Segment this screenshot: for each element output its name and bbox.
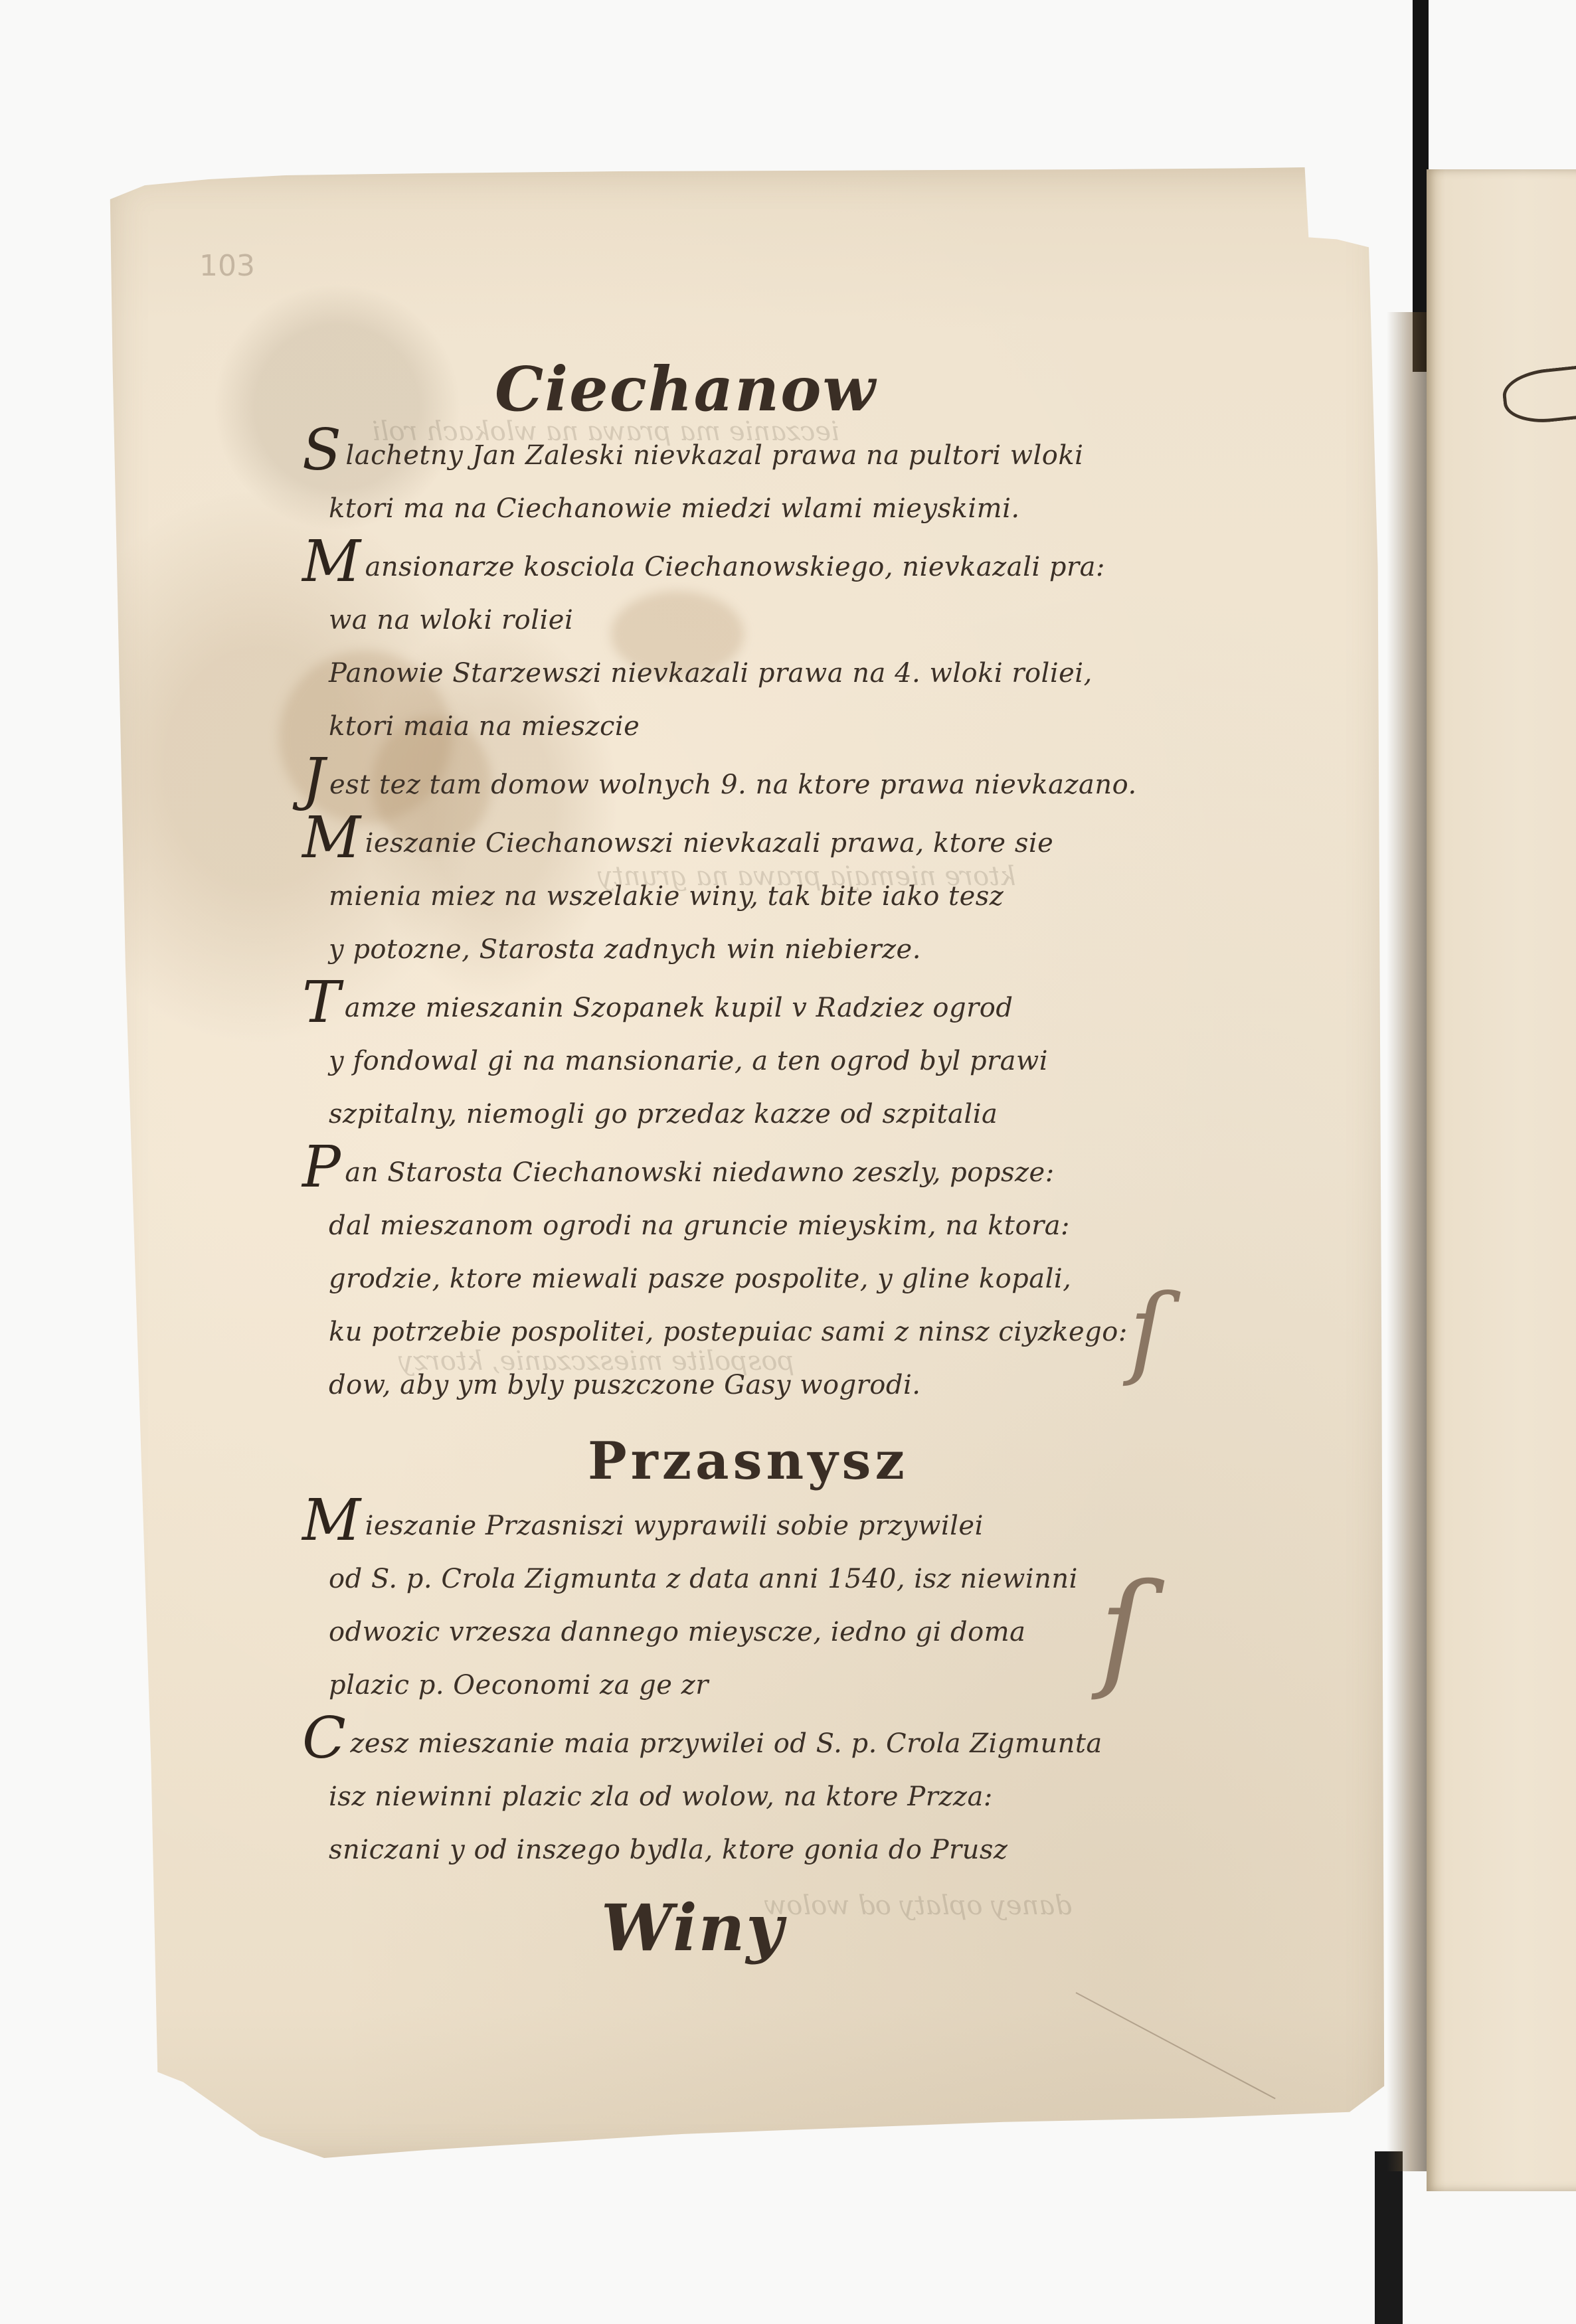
text-line: y fondowal gi na mansionarie, a ten ogro… xyxy=(302,1035,1245,1088)
initial-letter: M xyxy=(302,529,361,595)
text-line: Mansionarze kosciola Ciechanowskiego, ni… xyxy=(302,535,1245,594)
text-line: grodzie, ktore miewali pasze pospolite, … xyxy=(302,1252,1245,1305)
text-line: ktori maia na mieszcie xyxy=(302,700,1245,753)
text-line: mienia miez na wszelakie winy, tak bite … xyxy=(302,870,1245,923)
text-line: dow, aby ym byly puszczone Gasy wogrodi. xyxy=(302,1359,1245,1412)
text-line: Czesz mieszanie maia przywilei od S. p. … xyxy=(302,1712,1245,1770)
line-text: ansionarze kosciola Ciechanowskiego, nie… xyxy=(365,552,1105,582)
gutter-shadow xyxy=(1387,312,1427,2171)
initial-letter: S xyxy=(302,417,341,483)
section-heading-ciechanow: Ciechanow xyxy=(302,359,1245,420)
text-line: Pan Starosta Ciechanowski niedawno zeszl… xyxy=(302,1141,1245,1199)
line-text: mienia miez na wszelakie winy, tak bite … xyxy=(329,881,1004,912)
text-line: Tamze mieszanin Szopanek kupil v Radziez… xyxy=(302,976,1245,1035)
line-text: grodzie, ktore miewali pasze pospolite, … xyxy=(329,1264,1071,1294)
line-text: est tez tam domow wolnych 9. na ktore pr… xyxy=(329,770,1137,800)
line-text: y potozne, Starosta zadnych win niebierz… xyxy=(329,934,921,965)
line-text: sniczani y od inszego bydla, ktore gonia… xyxy=(329,1835,1008,1865)
next-leaf-edge xyxy=(1427,169,1576,2191)
text-line: wa na wloki roliei xyxy=(302,594,1245,647)
text-line: od S. p. Crola Zigmunta z data anni 1540… xyxy=(302,1552,1245,1606)
line-text: ktori ma na Ciechanowie miedzi wlami mie… xyxy=(329,493,1020,524)
line-text: y fondowal gi na mansionarie, a ten ogro… xyxy=(329,1046,1048,1076)
text-line: y potozne, Starosta zadnych win niebierz… xyxy=(302,923,1245,976)
line-text: od S. p. Crola Zigmunta z data anni 1540… xyxy=(329,1564,1078,1594)
text-line: dal mieszanom ogrodi na gruncie mieyskim… xyxy=(302,1199,1245,1252)
initial-letter: C xyxy=(302,1705,346,1772)
line-text: szpitalny, niemogli go przedaz kazze od … xyxy=(329,1099,998,1129)
text-line: Mieszanie Przasniszi wyprawili sobie prz… xyxy=(302,1494,1245,1552)
folio-number: 103 xyxy=(199,249,255,283)
initial-letter: M xyxy=(302,1487,361,1554)
text-line: Slachetny Jan Zaleski nievkazal prawa na… xyxy=(302,424,1245,482)
line-text: ku potrzebie pospolitei, postepuiac sami… xyxy=(329,1317,1128,1347)
text-line: Jest tez tam domow wolnych 9. na ktore p… xyxy=(302,753,1245,811)
line-text: zesz mieszanie maia przywilei od S. p. C… xyxy=(350,1728,1102,1759)
binding-tape-bottom xyxy=(1375,2151,1403,2324)
line-text: odwozic vrzesza dannego mieyscze, iedno … xyxy=(329,1617,1025,1647)
text-line: Mieszanie Ciechanowszi nievkazali prawa,… xyxy=(302,811,1245,870)
line-text: ktori maia na mieszcie xyxy=(329,711,640,742)
text-line: Panowie Starzewszi nievkazali prawa na 4… xyxy=(302,647,1245,700)
text-line: ktori ma na Ciechanowie miedzi wlami mie… xyxy=(302,482,1245,535)
line-text: lachetny Jan Zaleski nievkazal prawa na … xyxy=(345,440,1083,471)
line-text: wa na wloki roliei xyxy=(329,605,573,635)
line-text: ieszanie Ciechanowszi nievkazali prawa, … xyxy=(365,828,1054,859)
text-line: szpitalny, niemogli go przedaz kazze od … xyxy=(302,1088,1245,1141)
text-line: isz niewinni plazic zla od wolow, na kto… xyxy=(302,1770,1245,1823)
manuscript-text: Ciechanow Slachetny Jan Zaleski nievkaza… xyxy=(302,359,1245,1960)
line-text: plazic p. Oeconomi za ge zr xyxy=(329,1670,709,1701)
line-text: amze mieszanin Szopanek kupil v Radziez … xyxy=(345,993,1013,1023)
section-heading-winy: Winy xyxy=(302,1896,1245,1960)
text-line: sniczani y od inszego bydla, ktore gonia… xyxy=(302,1823,1245,1876)
initial-letter: J xyxy=(302,746,325,813)
line-text: Panowie Starzewszi nievkazali prawa na 4… xyxy=(329,658,1093,689)
line-text: dal mieszanom ogrodi na gruncie mieyskim… xyxy=(329,1210,1070,1241)
text-line: odwozic vrzesza dannego mieyscze, iedno … xyxy=(302,1606,1245,1659)
initial-letter: P xyxy=(302,1134,341,1201)
initial-letter: T xyxy=(302,969,341,1036)
text-line: ku potrzebie pospolitei, postepuiac sami… xyxy=(302,1305,1245,1359)
section-heading-przasnysz: Przasnysz xyxy=(302,1436,1245,1487)
line-text: an Starosta Ciechanowski niedawno zeszly… xyxy=(345,1157,1054,1188)
line-text: ieszanie Przasniszi wyprawili sobie przy… xyxy=(365,1511,984,1541)
line-text: dow, aby ym byly puszczone Gasy wogrodi. xyxy=(329,1370,920,1400)
initial-letter: M xyxy=(302,805,361,871)
line-text: isz niewinni plazic zla od wolow, na kto… xyxy=(329,1782,993,1812)
text-line: plazic p. Oeconomi za ge zr xyxy=(302,1659,1245,1712)
